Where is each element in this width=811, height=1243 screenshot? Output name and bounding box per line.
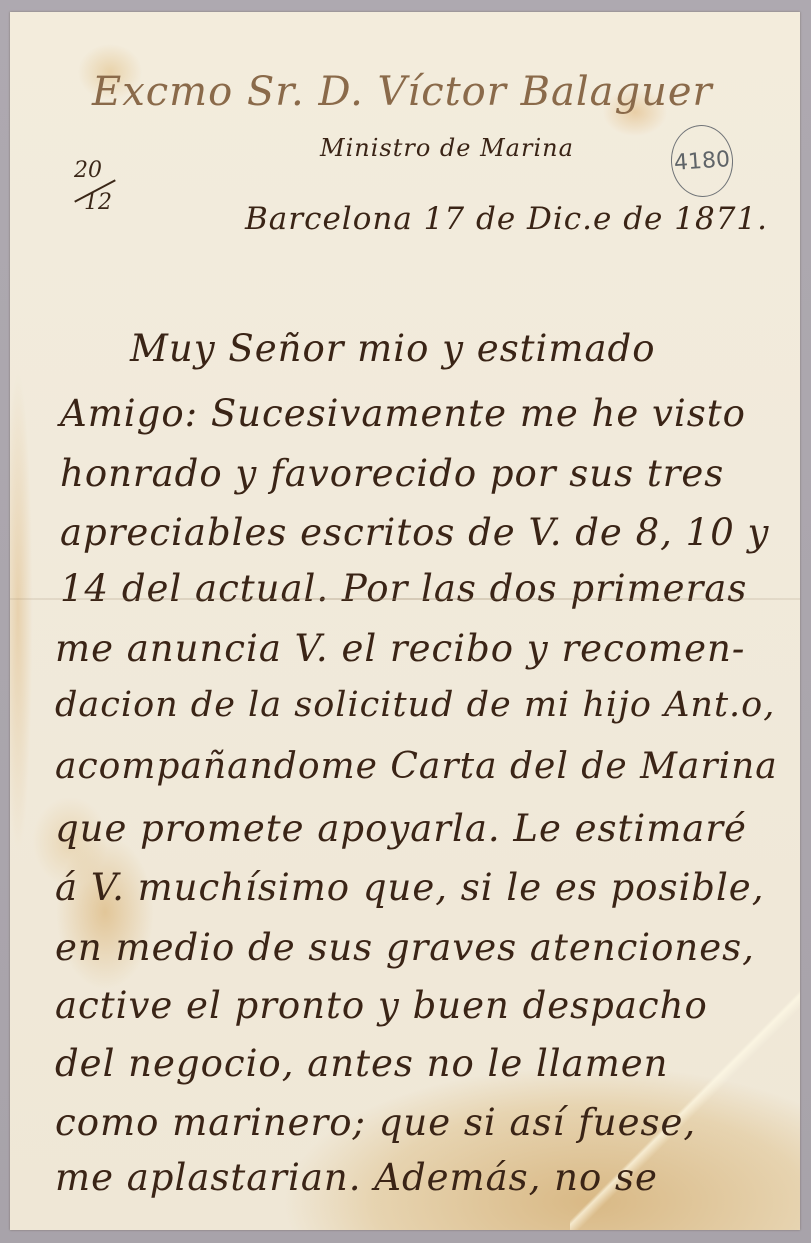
margin-note-denominator: 12: [84, 192, 112, 214]
body-line: que promete apoyarla. Le estimaré: [55, 810, 747, 847]
body-line: Muy Señor mio y estimado: [130, 330, 656, 367]
catalog-number: 4180: [673, 147, 731, 176]
place-date: Barcelona 17 de Dic.e de 1871.: [245, 204, 768, 235]
recipient-line-1: Excmo Sr. D. Víctor Balaguer: [92, 72, 713, 112]
body-line: del negocio, antes no le llamen: [55, 1045, 669, 1082]
recipient-line-2: Ministro de Marina: [320, 136, 574, 160]
body-line: me aplastarian. Además, no se: [55, 1159, 658, 1196]
body-line: en medio de sus graves atenciones,: [55, 929, 755, 966]
margin-note-numerator: 20: [74, 160, 102, 182]
body-line: 14 del actual. Por las dos primeras: [60, 570, 747, 607]
body-line: active el pronto y buen despacho: [55, 987, 708, 1024]
body-line: acompañandome Carta del de Marina: [55, 749, 778, 785]
body-line: Amigo: Sucesivamente me he visto: [60, 395, 746, 432]
body-line: á V. muchísimo que, si le es posible,: [55, 869, 764, 906]
body-line: honrado y favorecido por sus tres: [60, 455, 724, 492]
body-line: me anuncia V. el recibo y recomen-: [55, 630, 745, 667]
body-line: apreciables escritos de V. de 8, 10 y: [60, 514, 769, 551]
letter-page: Excmo Sr. D. Víctor Balaguer Ministro de…: [10, 12, 800, 1230]
body-line: dacion de la solicitud de mi hijo Ant.o,: [55, 688, 775, 723]
body-line: como marinero; que si así fuese,: [55, 1104, 696, 1141]
catalog-number-stamp: 4180: [669, 123, 736, 199]
